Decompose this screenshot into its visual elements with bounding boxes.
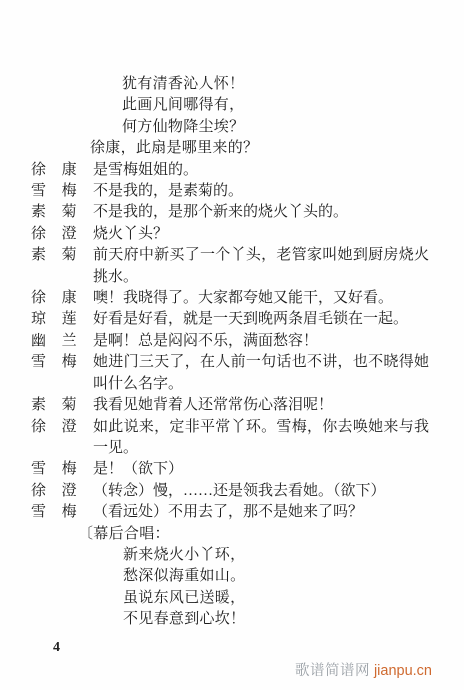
script-page: 犹有清香沁人怀！ 此画凡间哪得有， 何方仙物降尘埃？ 徐康，此扇是哪里来的？ 徐… [0, 0, 464, 690]
dialogue-line: 徐 澄 如此说来，定非平常丫环。雪梅，你去唤她来与我一见。 [31, 417, 464, 460]
speaker-name: 雪 梅 [31, 502, 93, 523]
speech-text: 我看见她背着人还常常伤心落泪呢！ [93, 395, 429, 416]
dialogue-block: 徐 康 是雪梅姐姐的。 雪 梅 不是我的，是素菊的。 素 菊 不是我的，是那个新… [0, 160, 464, 524]
speech-text: 如此说来，定非平常丫环。雪梅，你去唤她来与我一见。 [93, 417, 429, 460]
speech-text: 不是我的，是那个新来的烧火丫头的。 [93, 202, 429, 223]
speech-text: （看远处）不用去了，那不是她来了吗？ [93, 502, 429, 523]
speech-text: 她进门三天了，在人前一句话也不讲，也不晓得她叫什么名字。 [93, 352, 429, 395]
verse-line: 不见春意到心坎！ [123, 609, 464, 630]
verse-line: 此画凡间哪得有， [122, 95, 464, 116]
speech-text: （转念）慢，……还是领我去看她。（欲下） [93, 481, 429, 502]
dialogue-line: 素 菊 不是我的，是那个新来的烧火丫头的。 [31, 202, 464, 223]
speaker-name: 徐 澄 [31, 224, 93, 245]
dialogue-line: 徐 澄 （转念）慢，……还是领我去看她。（欲下） [31, 481, 464, 502]
dialogue-line: 琼 莲 好看是好看，就是一天到晚两条眉毛锁在一起。 [31, 309, 464, 330]
page-content: 犹有清香沁人怀！ 此画凡间哪得有， 何方仙物降尘埃？ 徐康，此扇是哪里来的？ 徐… [0, 74, 464, 631]
speaker-name: 徐 康 [31, 288, 93, 309]
speaker-name: 素 菊 [31, 245, 93, 266]
dialogue-line: 素 菊 我看见她背着人还常常伤心落泪呢！ [31, 395, 464, 416]
chorus-verse: 新来烧火小丫环， 愁深似海重如山。 虽说东风已送暖， 不见春意到心坎！ [123, 545, 464, 631]
dialogue-line: 徐 康 噢！我晓得了。大家都夸她又能干，又好看。 [31, 288, 464, 309]
speaker-name: 徐 澄 [31, 417, 93, 438]
dialogue-line: 徐 康 是雪梅姐姐的。 [31, 160, 464, 181]
speaker-name: 雪 梅 [31, 459, 93, 480]
speaker-name: 素 菊 [31, 395, 93, 416]
dialogue-line: 雪 梅 她进门三天了，在人前一句话也不讲，也不晓得她叫什么名字。 [31, 352, 464, 395]
speech-text: 不是我的，是素菊的。 [93, 181, 429, 202]
speech-text: 好看是好看，就是一天到晚两条眉毛锁在一起。 [93, 309, 429, 330]
speech-text: 噢！我晓得了。大家都夸她又能干，又好看。 [93, 288, 429, 309]
dialogue-line: 幽 兰 是啊！总是闷闷不乐，满面愁容！ [31, 331, 464, 352]
speech-text: 是啊！总是闷闷不乐，满面愁容！ [93, 331, 429, 352]
verse-line: 愁深似海重如山。 [123, 566, 464, 587]
verse-line: 何方仙物降尘埃？ [122, 117, 464, 138]
page-number: 4 [53, 637, 60, 658]
speaker-name: 雪 梅 [31, 352, 93, 373]
verse-line: 虽说东风已送暖， [123, 588, 464, 609]
speaker-name: 幽 兰 [31, 331, 93, 352]
spoken-question-line: 徐康，此扇是哪里来的？ [90, 138, 464, 159]
speech-text: 前天府中新买了一个丫头，老管家叫她到厨房烧火挑水。 [93, 245, 429, 288]
watermark-site-url: jianpu.cn [374, 663, 432, 679]
speaker-name: 琼 莲 [31, 309, 93, 330]
dialogue-line: 徐 澄 烧火丫头？ [31, 224, 464, 245]
speaker-name: 徐 澄 [31, 481, 93, 502]
speech-text: 是雪梅姐姐的。 [93, 160, 429, 181]
speech-text: 烧火丫头？ [93, 224, 429, 245]
dialogue-line: 雪 梅 不是我的，是素菊的。 [31, 181, 464, 202]
speaker-name: 雪 梅 [31, 181, 93, 202]
opening-verse: 犹有清香沁人怀！ 此画凡间哪得有， 何方仙物降尘埃？ [122, 74, 464, 138]
watermark: 歌谱简谱网jianpu.cn [295, 661, 432, 682]
verse-line: 犹有清香沁人怀！ [122, 74, 464, 95]
verse-line: 新来烧火小丫环， [123, 545, 464, 566]
speech-text: 是！（欲下） [93, 459, 429, 480]
dialogue-line: 雪 梅 是！（欲下） [31, 459, 464, 480]
dialogue-line: 雪 梅 （看远处）不用去了，那不是她来了吗？ [31, 502, 464, 523]
speaker-name: 素 菊 [31, 202, 93, 223]
speaker-name: 徐 康 [31, 160, 93, 181]
dialogue-line: 素 菊 前天府中新买了一个丫头，老管家叫她到厨房烧火挑水。 [31, 245, 464, 288]
watermark-site-name: 歌谱简谱网 [295, 663, 370, 679]
stage-direction: 〔幕后合唱： [78, 524, 464, 545]
